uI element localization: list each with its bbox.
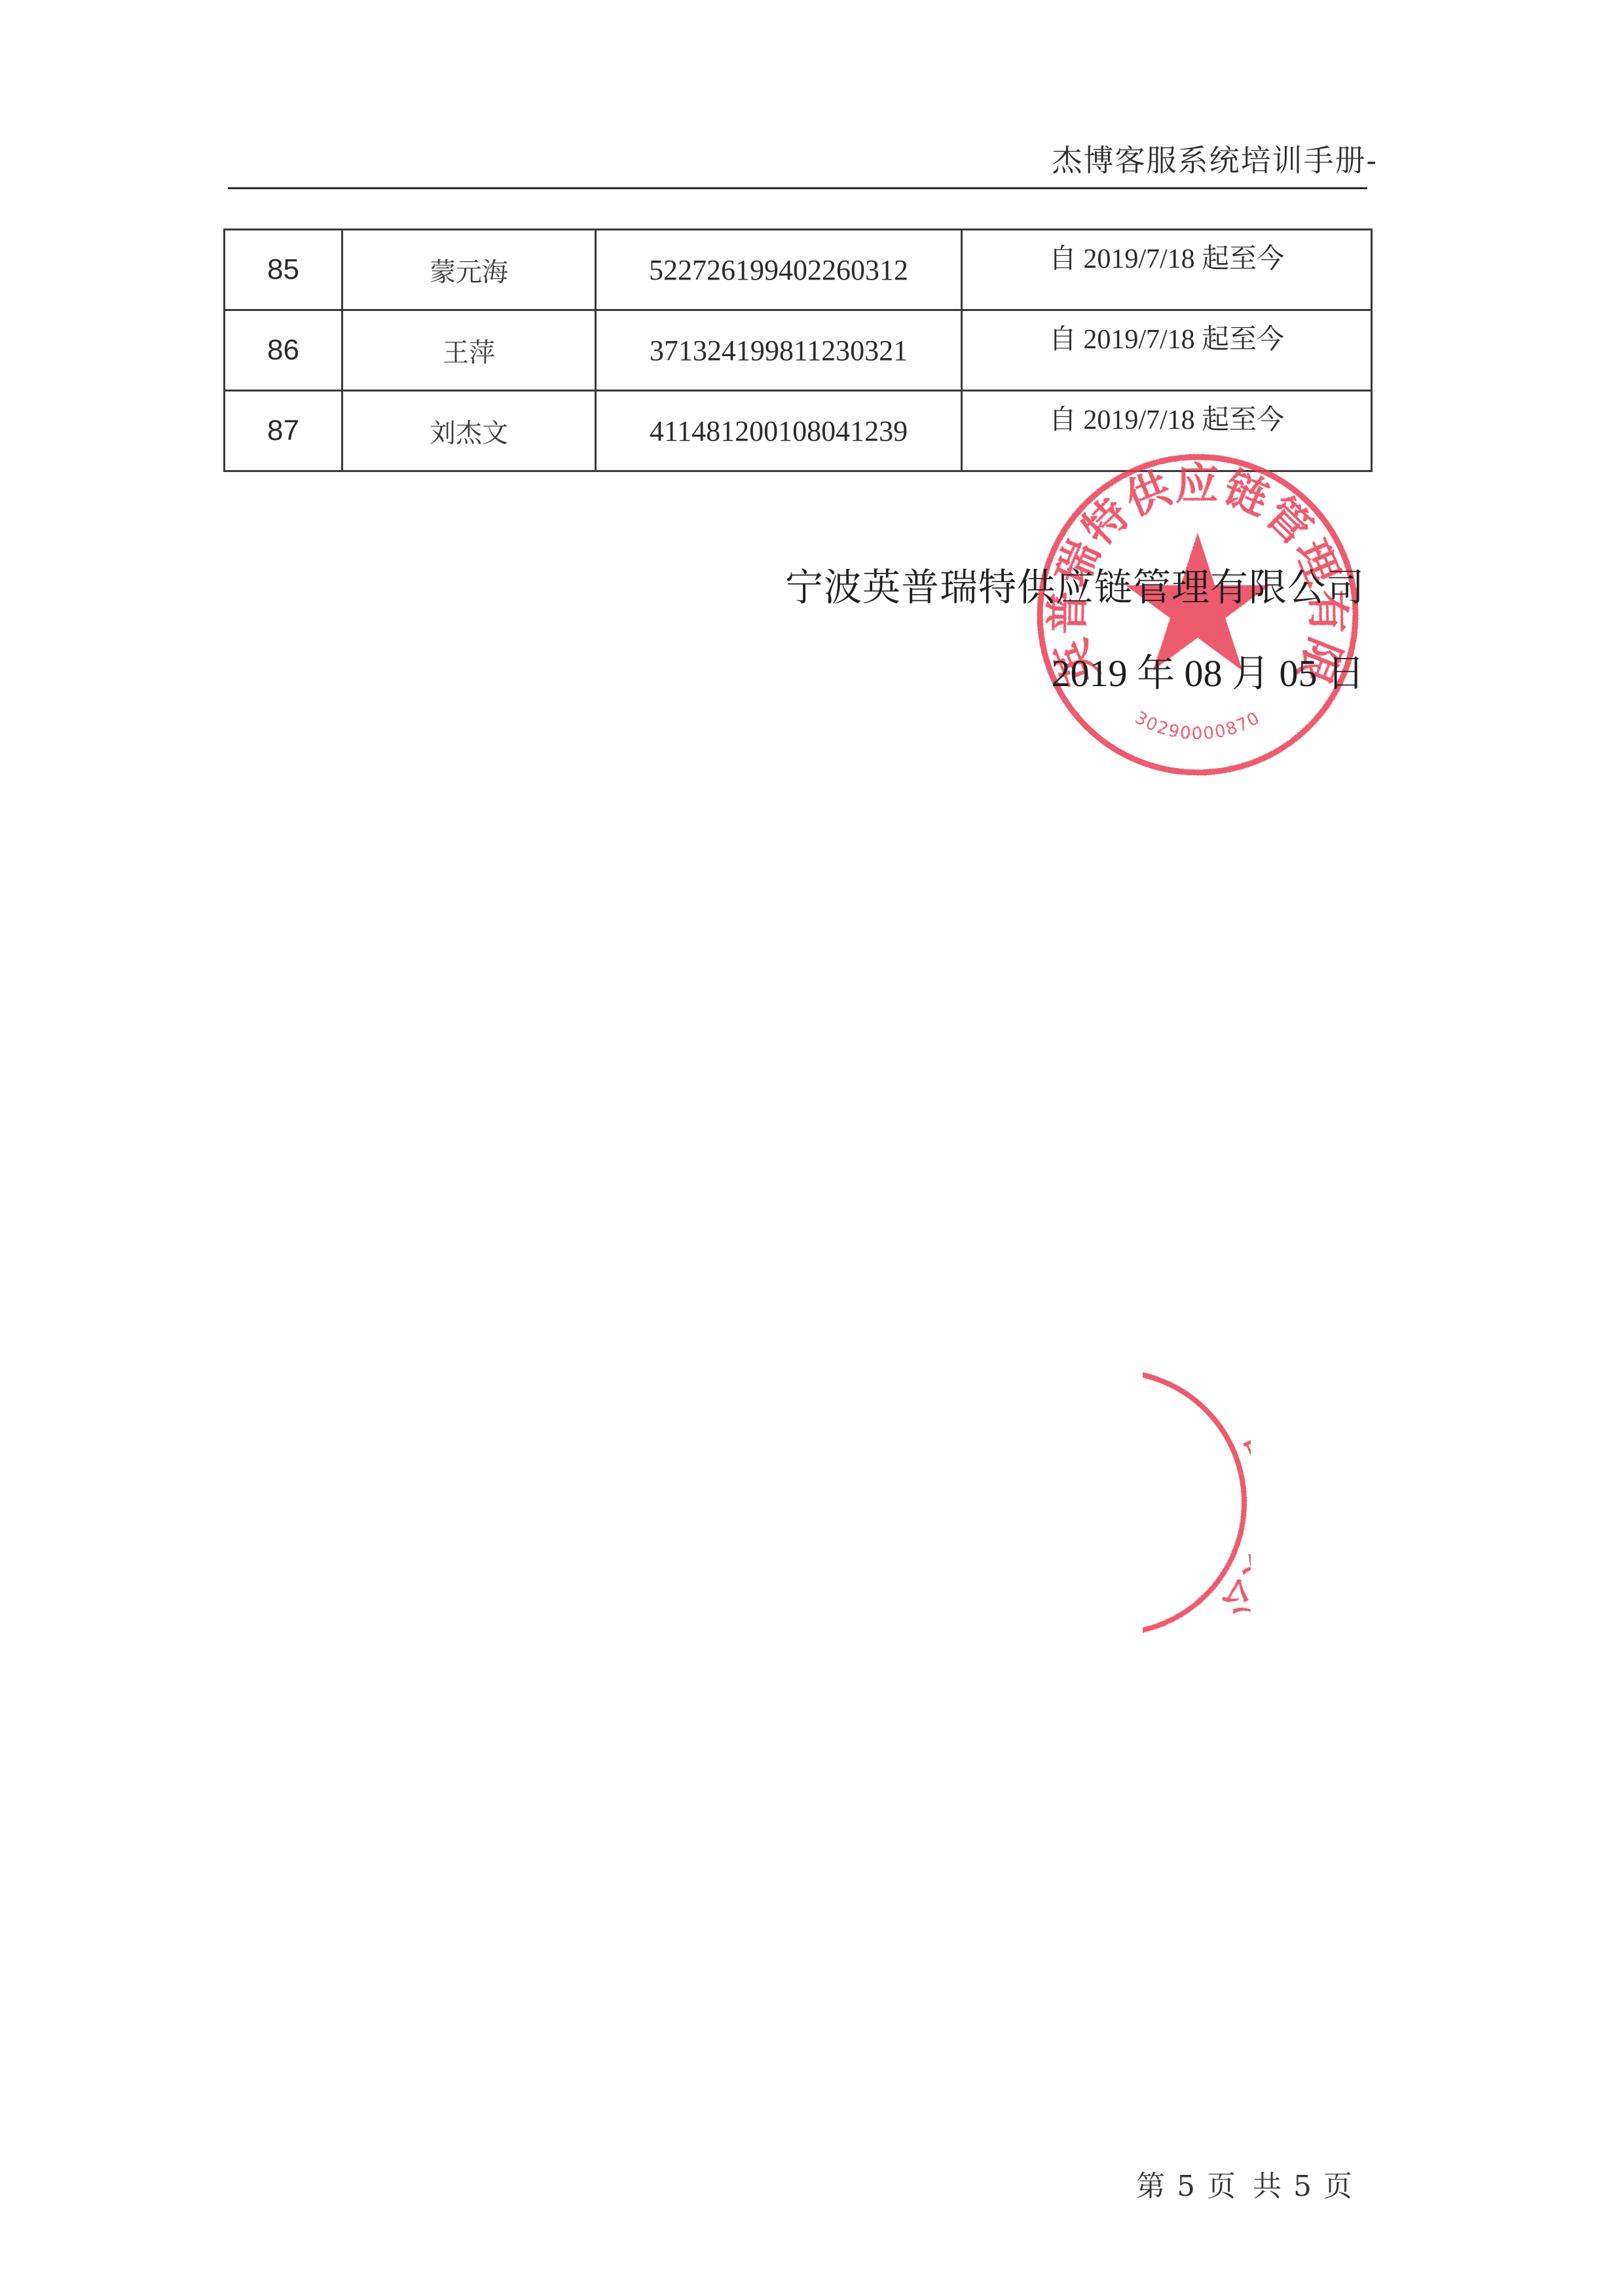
current-page-label: 第 5 页: [1136, 2170, 1237, 2203]
total-pages-label: 共 5 页: [1253, 2170, 1354, 2203]
page-number: 第 5 页共 5 页: [1136, 2172, 1354, 2201]
header-divider: [228, 187, 1367, 189]
signing-date: 2019 年 08 月 05 日: [1051, 655, 1365, 693]
company-seal-icon: 宁波英普瑞特供应链管理有限公司 3302900008708: [1033, 450, 1362, 779]
person-name: 刘杰文: [342, 391, 596, 471]
signing-company: 宁波英普瑞特供应链管理有限公司: [785, 568, 1365, 606]
id-number: 411481200108041239: [596, 391, 962, 471]
personnel-table: 85蒙元海522726199402260312自 2019/7/18 起至今86…: [223, 228, 1373, 472]
table-row: 86王萍371324199811230321自 2019/7/18 起至今: [225, 310, 1372, 391]
id-number: 371324199811230321: [596, 310, 962, 391]
row-number: 85: [225, 230, 342, 310]
person-name: 王萍: [342, 310, 596, 391]
row-number: 87: [225, 391, 342, 471]
row-number: 86: [225, 310, 342, 391]
document-header-title: 杰博客服系统培训手册-: [1052, 145, 1378, 175]
seam-seal-icon: 管理有限公: [1107, 1349, 1251, 1656]
employment-period: 自 2019/7/18 起至今: [962, 230, 1372, 310]
table-row: 85蒙元海522726199402260312自 2019/7/18 起至今: [225, 230, 1372, 310]
employment-period: 自 2019/7/18 起至今: [962, 310, 1372, 391]
id-number: 522726199402260312: [596, 230, 962, 310]
person-name: 蒙元海: [342, 230, 596, 310]
